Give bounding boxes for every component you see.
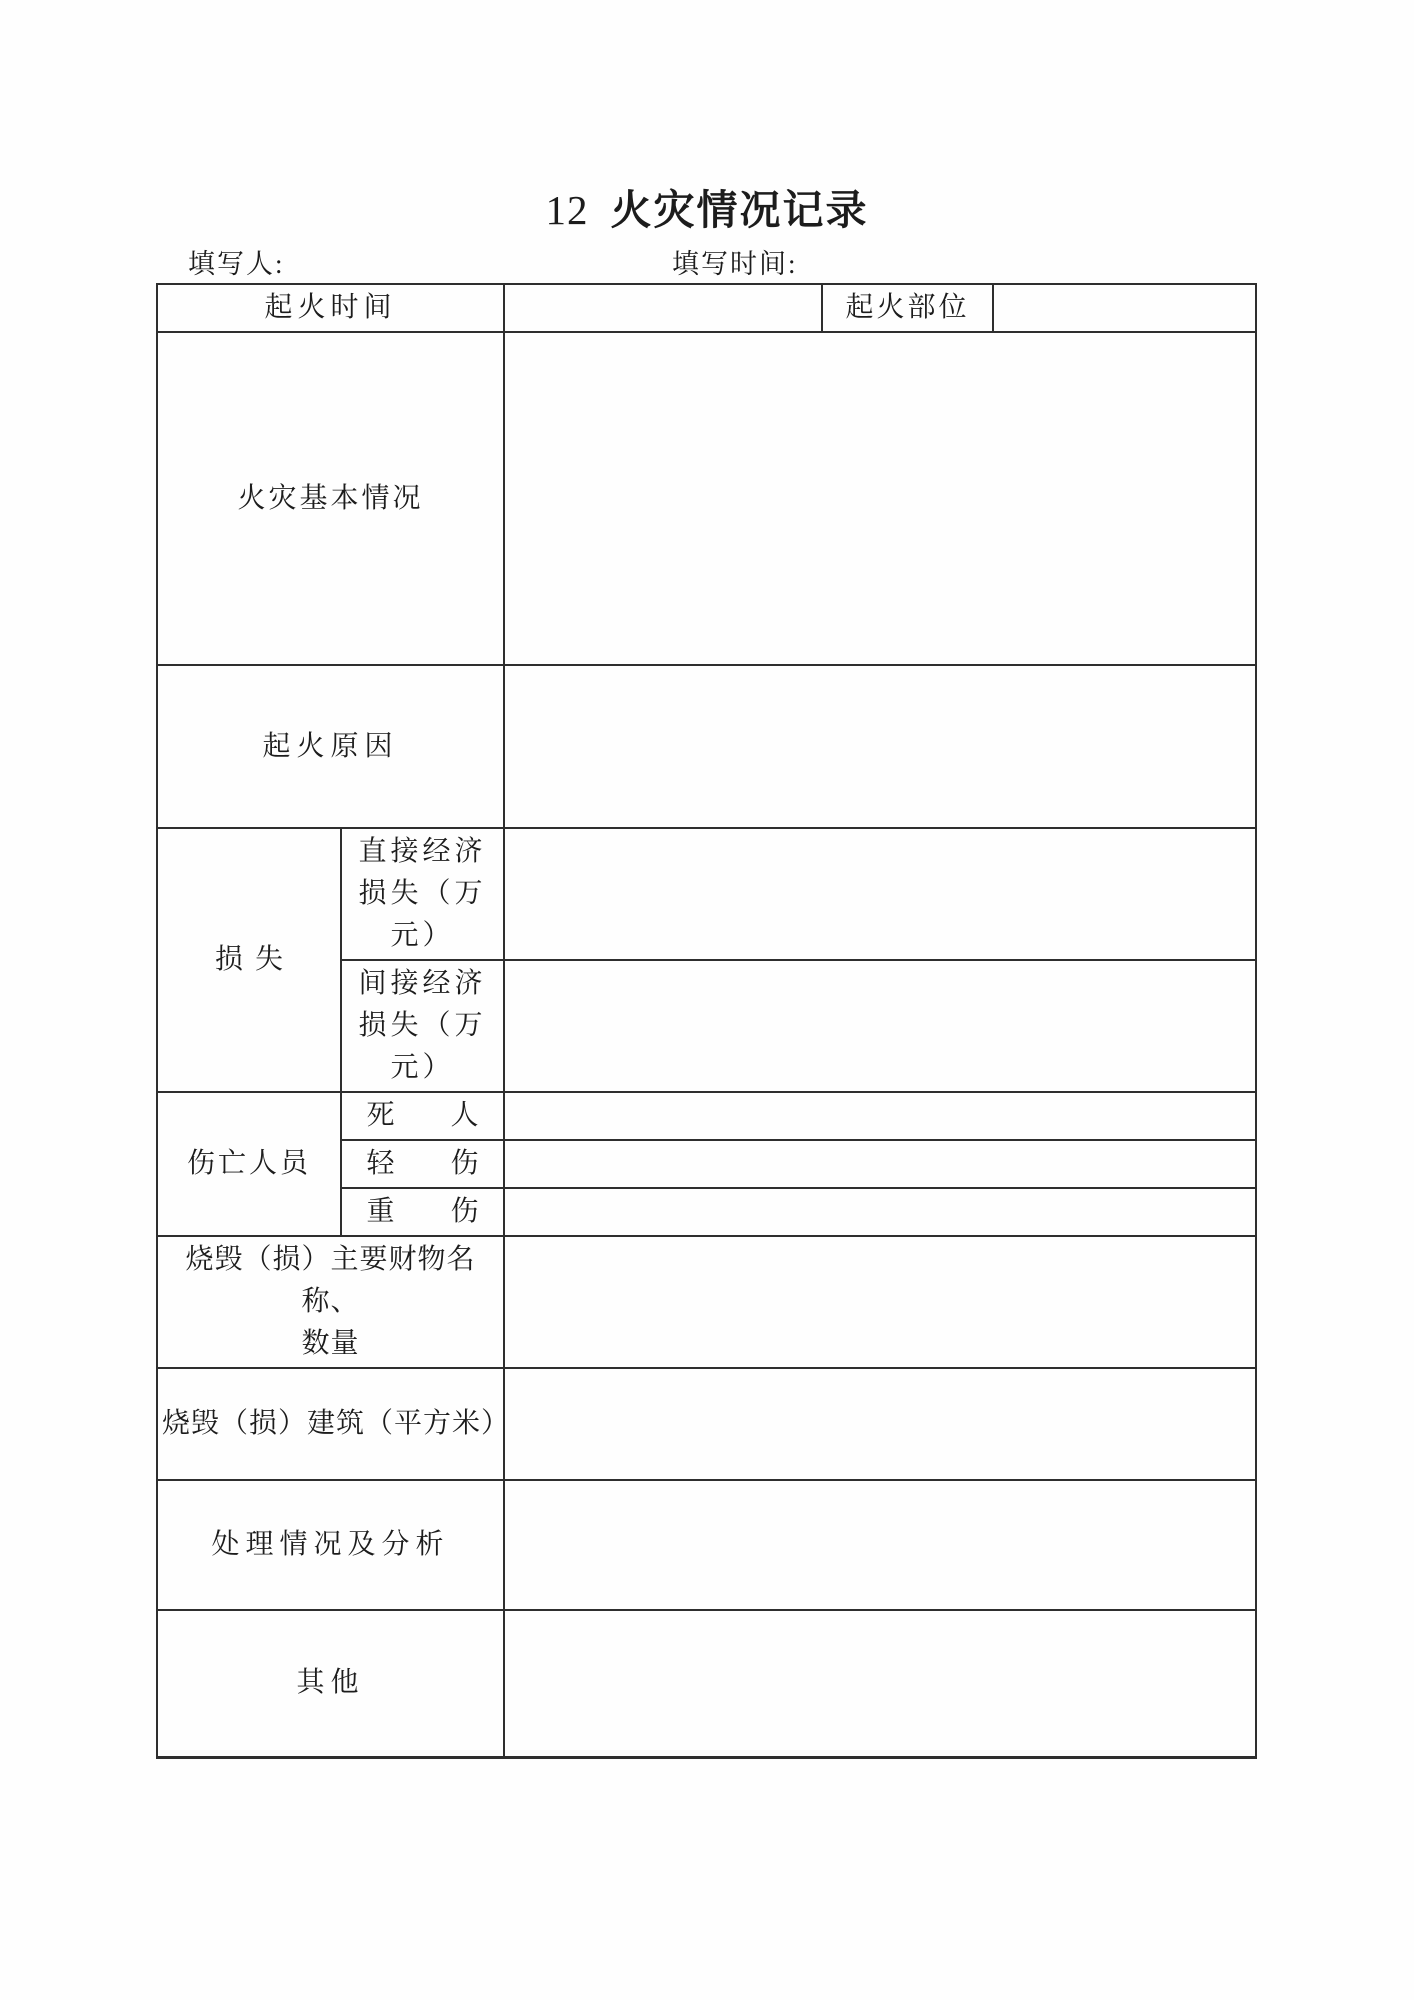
direct-loss-value-cell — [504, 828, 1256, 960]
row-fire-time: 起火时间 起火部位 — [157, 284, 1256, 332]
fire-record-table: 起火时间 起火部位 火灾基本情况 起火原因 损失 直接经济 损失（万 元） 间接… — [156, 283, 1257, 1759]
basic-info-label-cell: 火灾基本情况 — [157, 332, 504, 665]
fire-time-label-cell: 起火时间 — [157, 284, 504, 332]
property-label-cell: 烧毁（损）主要财物名称、 数量 — [157, 1236, 504, 1368]
row-property: 烧毁（损）主要财物名称、 数量 — [157, 1236, 1256, 1368]
fill-time-label: 填写时间: — [672, 249, 798, 279]
row-cause: 起火原因 — [157, 665, 1256, 828]
row-deaths: 伤亡人员 死 人 — [157, 1092, 1256, 1140]
page-title-number: 12 — [546, 187, 589, 233]
death-value-cell — [504, 1092, 1256, 1140]
loss-label-cell: 损失 — [157, 828, 341, 1092]
building-label-cell: 烧毁（损）建筑（平方米） — [157, 1368, 504, 1480]
document-page: 12火灾情况记录 填写人: 填写时间: 起火时间 起火部位 火灾基本情况 — [0, 0, 1414, 2000]
minor-injury-label-cell: 轻 伤 — [341, 1140, 504, 1188]
minor-injury-value-cell — [504, 1140, 1256, 1188]
cause-value-cell — [504, 665, 1256, 828]
fire-location-value-cell — [993, 284, 1256, 332]
other-value-cell — [504, 1610, 1256, 1757]
serious-injury-label-cell: 重 伤 — [341, 1188, 504, 1236]
building-value-cell — [504, 1368, 1256, 1480]
basic-info-value-cell — [504, 332, 1256, 665]
handling-label-cell: 处理情况及分析 — [157, 1480, 504, 1610]
direct-loss-label-cell: 直接经济 损失（万 元） — [341, 828, 504, 960]
casualty-label-cell: 伤亡人员 — [157, 1092, 341, 1236]
page-title: 12火灾情况记录 — [0, 188, 1414, 232]
row-basic-info: 火灾基本情况 — [157, 332, 1256, 665]
other-label-cell: 其他 — [157, 1610, 504, 1757]
property-value-cell — [504, 1236, 1256, 1368]
fire-location-label-cell: 起火部位 — [822, 284, 993, 332]
handling-value-cell — [504, 1480, 1256, 1610]
meta-row: 填写人: 填写时间: — [0, 249, 1414, 281]
row-building: 烧毁（损）建筑（平方米） — [157, 1368, 1256, 1480]
indirect-loss-label-cell: 间接经济 损失（万 元） — [341, 960, 504, 1092]
serious-injury-value-cell — [504, 1188, 1256, 1236]
row-other: 其他 — [157, 1610, 1256, 1757]
filler-label: 填写人: — [188, 249, 285, 279]
cause-label-cell: 起火原因 — [157, 665, 504, 828]
row-handling: 处理情况及分析 — [157, 1480, 1256, 1610]
death-label-cell: 死 人 — [341, 1092, 504, 1140]
page-title-text: 火灾情况记录 — [611, 187, 869, 233]
row-direct-loss: 损失 直接经济 损失（万 元） — [157, 828, 1256, 960]
indirect-loss-value-cell — [504, 960, 1256, 1092]
fire-time-value-cell — [504, 284, 822, 332]
